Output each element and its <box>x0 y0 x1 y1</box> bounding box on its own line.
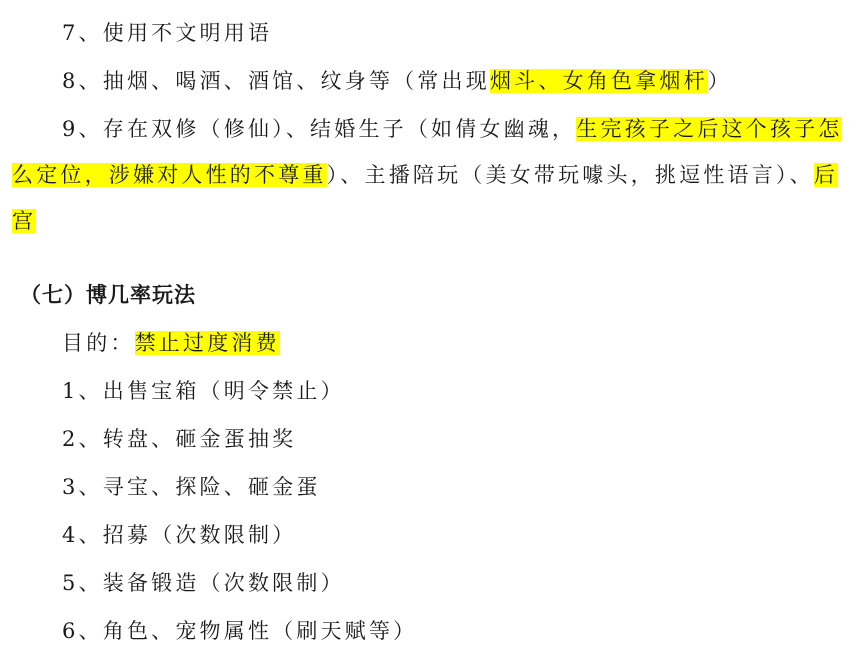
item-text: ）、主播陪玩（美女带玩噱头，挑逗性语言）、 <box>327 163 814 187</box>
list-item: 5、装备锻造（次数限制） <box>62 566 345 600</box>
highlighted-text: 烟斗、女角色拿烟杆 <box>490 69 708 93</box>
list-item: 6、角色、宠物属性（刷天赋等） <box>62 614 417 648</box>
item-text: 9、存在双修（修仙）、结婚生子（如倩女幽魂， <box>62 117 576 141</box>
item-text: 7、使用不文明用语 <box>62 21 272 45</box>
list-item-9-line-1: 9、存在双修（修仙）、结婚生子（如倩女幽魂，生完孩子之后这个孩子怎 <box>62 112 842 146</box>
list-item-9-line-2: 么定位，涉嫌对人性的不尊重）、主播陪玩（美女带玩噱头，挑逗性语言）、后 <box>12 158 838 192</box>
highlighted-text: 么定位，涉嫌对人性的不尊重 <box>12 163 327 187</box>
list-item: 1、出售宝箱（明令禁止） <box>62 374 345 408</box>
purpose-line: 目的：禁止过度消费 <box>62 326 280 360</box>
section-heading: （七）博几率玩法 <box>20 278 196 312</box>
purpose-value: 禁止过度消费 <box>135 331 280 355</box>
list-item: 4、招募（次数限制） <box>62 518 296 552</box>
list-item-9-line-3: 宫 <box>12 204 36 238</box>
highlighted-text: 宫 <box>12 209 36 233</box>
purpose-label: 目的： <box>62 331 135 355</box>
item-text: 8、抽烟、喝酒、酒馆、纹身等（常出现 <box>62 69 490 93</box>
list-item: 3、寻宝、探险、砸金蛋 <box>62 470 321 504</box>
list-item-8: 8、抽烟、喝酒、酒馆、纹身等（常出现烟斗、女角色拿烟杆） <box>62 64 732 98</box>
list-item: 2、转盘、砸金蛋抽奖 <box>62 422 296 456</box>
highlighted-text: 后 <box>814 163 838 187</box>
list-item-7: 7、使用不文明用语 <box>62 16 272 50</box>
highlighted-text: 生完孩子之后这个孩子怎 <box>576 117 842 141</box>
item-text: ） <box>708 69 732 93</box>
